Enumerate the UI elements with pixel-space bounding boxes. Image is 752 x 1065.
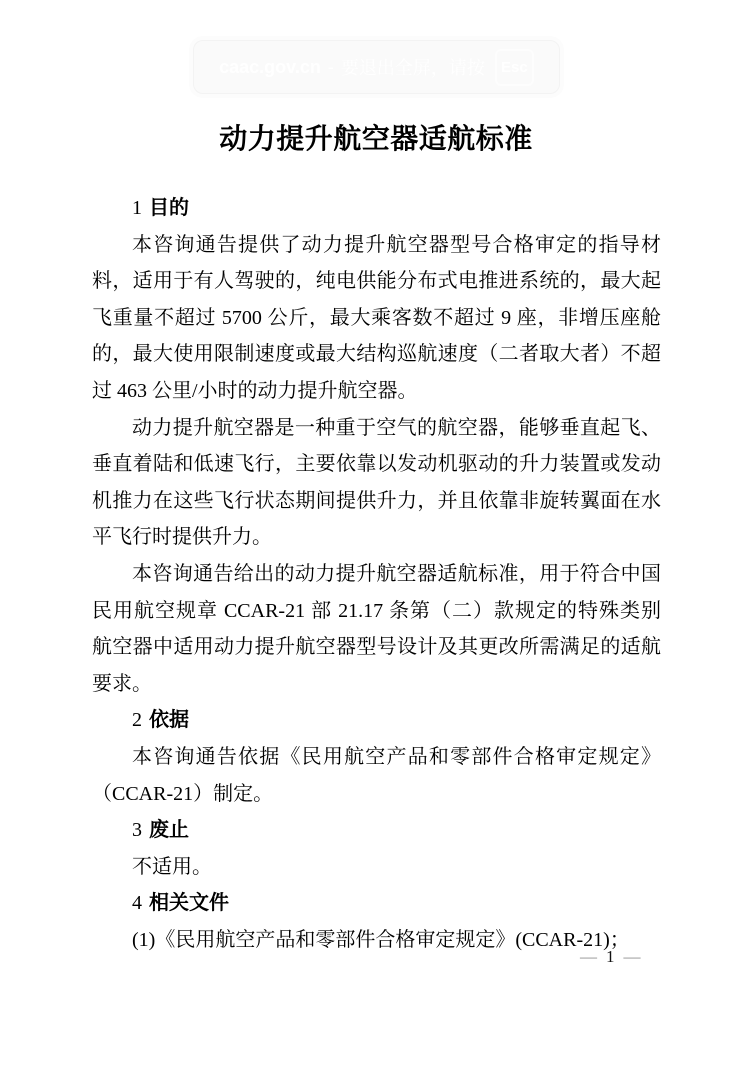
paragraph-line: 本咨询通告依据《民用航空产品和零部件合格审定规定》 [92, 739, 661, 776]
paragraph-line: 平飞行时提供升力。 [92, 519, 661, 556]
paragraph-line: 航空器中适用动力提升航空器型号设计及其更改所需满足的适航 [92, 629, 661, 666]
paragraph-line: 动力提升航空器是一种重于空气的航空器，能够垂直起飞、 [92, 410, 661, 447]
section-label: 依据 [149, 709, 189, 731]
section-heading: 4相关文件 [92, 885, 661, 922]
section-number: 2 [132, 709, 142, 731]
paragraph-line: 本咨询通告提供了动力提升航空器型号合格审定的指导材 [92, 227, 661, 264]
section-label: 废止 [149, 819, 189, 841]
paragraph-line: 机推力在这些飞行状态期间提供升力，并且依靠非旋转翼面在水 [92, 483, 661, 520]
paragraph-line: （CCAR-21）制定。 [92, 776, 661, 813]
section-label: 相关文件 [149, 892, 229, 914]
toast-separator: - [328, 57, 334, 78]
page-number: — 1 — [580, 947, 641, 967]
paragraph-line: 要求。 [92, 666, 661, 703]
document-page: caac.gov.cn - 要退出全屏，请按 Esc 动力提升航空器适航标准 1… [0, 0, 752, 1065]
section-number: 4 [132, 892, 142, 914]
page-number-dash-right: — [624, 947, 641, 967]
section-number: 1 [132, 197, 142, 219]
paragraph-line: 垂直着陆和低速飞行，主要依靠以发动机驱动的升力装置或发动 [92, 446, 661, 483]
section-heading: 2依据 [92, 702, 661, 739]
toast-message: 要退出全屏，请按 [341, 54, 485, 80]
paragraph-line: (1)《民用航空产品和零部件合格审定规定》(CCAR-21)； [92, 922, 661, 959]
paragraph-line: 飞重量不超过 5700 公斤，最大乘客数不超过 9 座，非增压座舱 [92, 300, 661, 337]
paragraph-line: 本咨询通告给出的动力提升航空器适航标准，用于符合中国 [92, 556, 661, 593]
toast-domain: caac.gov.cn [219, 57, 321, 78]
section-label: 目的 [149, 197, 189, 219]
section-heading: 3废止 [92, 812, 661, 849]
section-heading: 1目的 [92, 190, 661, 227]
page-number-dash-left: — [580, 947, 597, 967]
page-title: 动力提升航空器适航标准 [0, 123, 752, 157]
fullscreen-exit-toast: caac.gov.cn - 要退出全屏，请按 Esc [193, 40, 560, 94]
esc-key-icon: Esc [495, 49, 534, 86]
section-number: 3 [132, 819, 142, 841]
document-body: 1目的本咨询通告提供了动力提升航空器型号合格审定的指导材料，适用于有人驾驶的，纯… [92, 190, 661, 958]
paragraph-line: 料，适用于有人驾驶的，纯电供能分布式电推进系统的，最大起 [92, 263, 661, 300]
page-number-value: 1 [606, 947, 615, 967]
paragraph-line: 的，最大使用限制速度或最大结构巡航速度（二者取大者）不超 [92, 336, 661, 373]
paragraph-line: 不适用。 [92, 849, 661, 886]
paragraph-line: 过 463 公里/小时的动力提升航空器。 [92, 373, 661, 410]
paragraph-line: 民用航空规章 CCAR-21 部 21.17 条第（二）款规定的特殊类别 [92, 593, 661, 630]
